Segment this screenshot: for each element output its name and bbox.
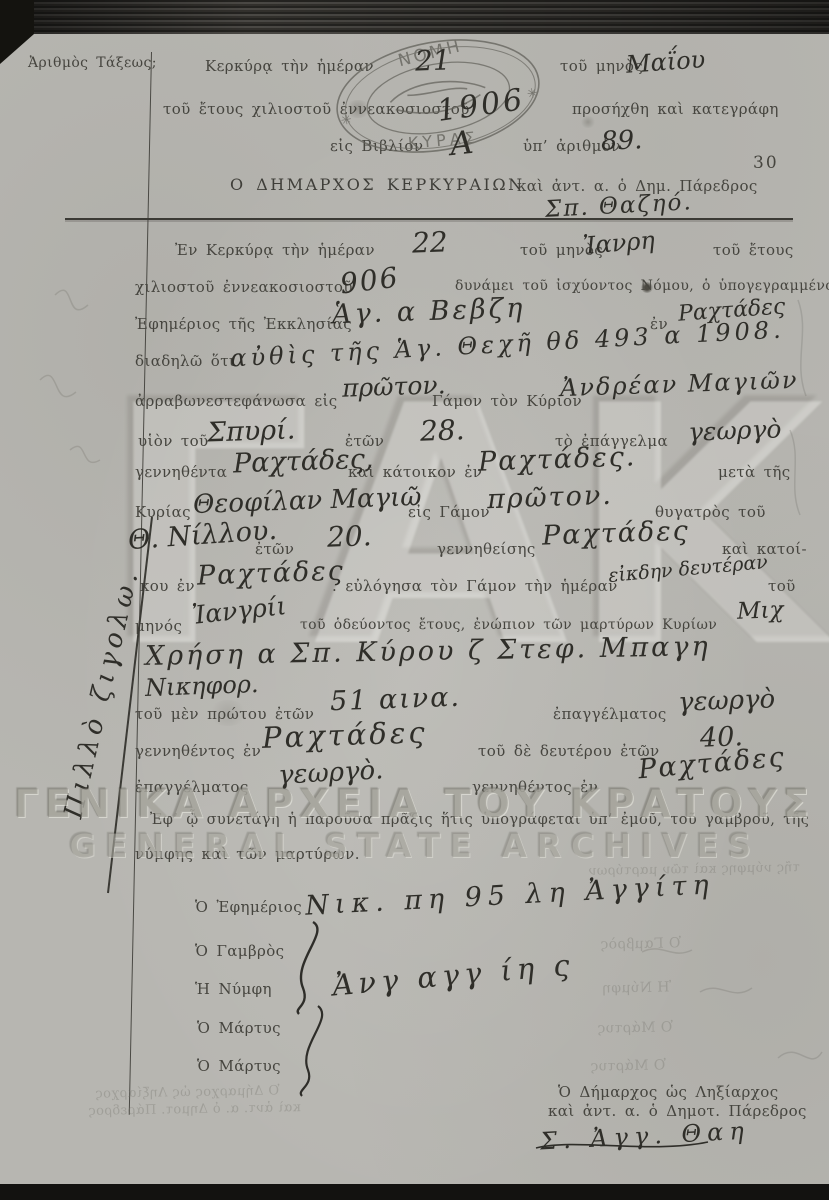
act-groom-father-handwritten: Σπυρί. [206, 414, 295, 448]
act-groom-age-handwritten: 28. [419, 413, 465, 448]
act-witness-line3-handwritten: Νικηφορ. [145, 670, 259, 702]
priest-label: Ὁ Ἐφημέριος [195, 898, 302, 916]
mayor-title: Ο ΔΗΜΑΡΧΟΣ ΚΕΡΚΥΡΑΙΩΝ [230, 175, 525, 194]
act-l1-a: Ἐν Κερκύρᾳ τὴν ἡμέραν [175, 241, 375, 259]
bleedthrough-witness2-label: Ὁ Μάρτυς [590, 1057, 666, 1074]
registrar-line2: καὶ ἀντ. α. ὁ Δημοτ. Πάρεδρος [548, 1102, 807, 1120]
order-number-label: Ἀριθμὸς Τάξεως; [28, 55, 157, 71]
act-l3-a: Ἐφημέριος τῆς Ἐκκλησίας [135, 315, 352, 333]
bride-label: Ἡ Νύμφη [195, 980, 272, 998]
archive-watermark-greek: ΓΕΝΙΚΑ ΑΡΧΕΙΑ ΤΟΥ ΚΡΑΤΟΥΣ [0, 782, 829, 827]
couple-signature: Ἀνγ αγγ ίη ς [331, 947, 576, 1002]
act-l10-a: κου ἐν [140, 577, 195, 595]
act-month-handwritten: Ἰανρη [582, 226, 656, 260]
scan-bottom-band [0, 1184, 829, 1200]
reg-month-handwritten: Μαΐου [625, 45, 706, 78]
act-groom-profession-handwritten: γεωργὸ [688, 414, 782, 446]
act-day-handwritten: 22 [411, 225, 448, 259]
reg-day-handwritten: 21 [414, 43, 451, 77]
act-bride-age-handwritten: 20. [326, 519, 372, 554]
act-l13-a: γεννηθέντος ἐν [135, 742, 261, 760]
act-year-handwritten: 906 [338, 261, 401, 301]
reg-line2-a: τοῦ ἔτους χιλιοστοῦ ἐννεακοσιοστοῦ [163, 100, 470, 118]
act-l7-c: μετὰ τῆς [718, 463, 791, 481]
act-witness1-birthplace-handwritten: Ραχτάδες [261, 715, 428, 755]
reg-book-handwritten: Α [448, 123, 475, 163]
stamp-star-right: ✳ [526, 86, 539, 103]
act-l6-a: υἱὸν τοῦ [138, 432, 209, 450]
act-l2-b: δυνάμει τοῦ ἰσχύοντος Νόμου, ὁ ὑπογεγραμ… [455, 278, 829, 294]
act-bride-birthplace-handwritten: Ραχτάδες [542, 515, 691, 551]
act-groom-birthplace-handwritten: Ραχτάδες, [233, 444, 374, 480]
book-edge-top-band [0, 0, 829, 34]
page-number: 30 [753, 153, 779, 173]
archive-watermark-english: GENERAL STATE ARCHIVES [0, 826, 829, 865]
bleedthrough-bride-label: Ἡ Νύμφη [602, 979, 671, 996]
dark-corner-wedge [0, 0, 34, 64]
bleedthrough-registrar2: καὶ ἀντ. α. ὁ Δημοτ. Πάρεδρος [88, 1100, 301, 1119]
bleedthrough-groom-label: Ὁ Γαμβρὸς [600, 935, 681, 952]
act-l11-a: μηνός [135, 617, 182, 635]
act-l4-a: διαδηλῶ ὅτι [135, 352, 235, 370]
act-l2-a: χιλιοστοῦ ἐννεακοσιοστοῦ [135, 278, 353, 296]
act-l13-b: τοῦ δὲ δευτέρου ἐτῶν [478, 742, 660, 760]
signature-brace-couple [298, 922, 318, 1014]
act-l5-a: ἀρραβωνεστεφάνωσα εἰς [135, 392, 338, 410]
bleedthrough-witness1-label: Ὁ Μάρτυς [597, 1019, 673, 1036]
reg-line2-b: προσήχθη καὶ κατεγράφη [572, 100, 779, 118]
witness1-label: Ὁ Μάρτυς [197, 1019, 281, 1037]
act-l11-b: τοῦ ὁδεύοντος ἔτους, ἐνώπιον τῶν μαρτύρω… [300, 617, 717, 633]
act-bride-residence-handwritten: Ραχτάδες [197, 555, 346, 591]
scanned-marriage-act-page: ΓΑΚ Ἀριθμὸς Τάξεως; Κερκύρᾳ τὴν ἡμέραν 2… [0, 0, 829, 1200]
priest-signature: Νικ. πη 95 λη Ἀγγίτη [304, 869, 715, 921]
act-witness1-age-handwritten: 51 αινα. [329, 682, 461, 718]
act-l1-c: τοῦ ἔτους [713, 241, 794, 259]
act-l9-b: γεννηθείσης [437, 540, 536, 558]
act-l10-c: τοῦ [768, 577, 796, 595]
act-church-handwritten: Ἁγ. α Βεβζη [332, 293, 526, 331]
act-witness1-profession-handwritten: γεωργὸ [678, 684, 776, 717]
registrar-signature: Σ. Ἀγγ. Θαη [539, 1117, 750, 1156]
reg-line1-a: Κερκύρᾳ τὴν ἡμέραν [205, 57, 374, 75]
act-l7-a: γεννηθέντα [135, 463, 227, 481]
bleedthrough-registrar1: Ὁ Δήμαρχος ὡς Ληξίαρχος [95, 1083, 280, 1101]
act-l10-b: . εὐλόγησα τὸν Γάμον τὴν ἡμέραν [332, 577, 618, 595]
reg-line3-a: εἰς Βιβλίον [330, 137, 423, 155]
act-l12-b: ἐπαγγέλματος [553, 705, 667, 723]
signature-brace-witnesses [301, 1006, 322, 1096]
act-bride-order-handwritten: πρῶτον. [486, 480, 613, 515]
reg-number-handwritten: 89. [600, 125, 642, 156]
registrar-line1: Ὁ Δήμαρχος ὡς Ληξίαρχος [558, 1083, 779, 1101]
section-divider-rule [65, 218, 793, 220]
witness2-label: Ὁ Μάρτυς [197, 1057, 281, 1075]
act-marriage-order-handwritten: πρῶτον. [342, 370, 446, 403]
groom-label: Ὁ Γαμβρὸς [195, 942, 284, 960]
act-groom-residence-handwritten: Ραχτάδες. [478, 441, 637, 478]
reg-year-handwritten: 1906 [435, 82, 527, 129]
act-witness-start-handwritten: Μιχ [737, 597, 784, 625]
